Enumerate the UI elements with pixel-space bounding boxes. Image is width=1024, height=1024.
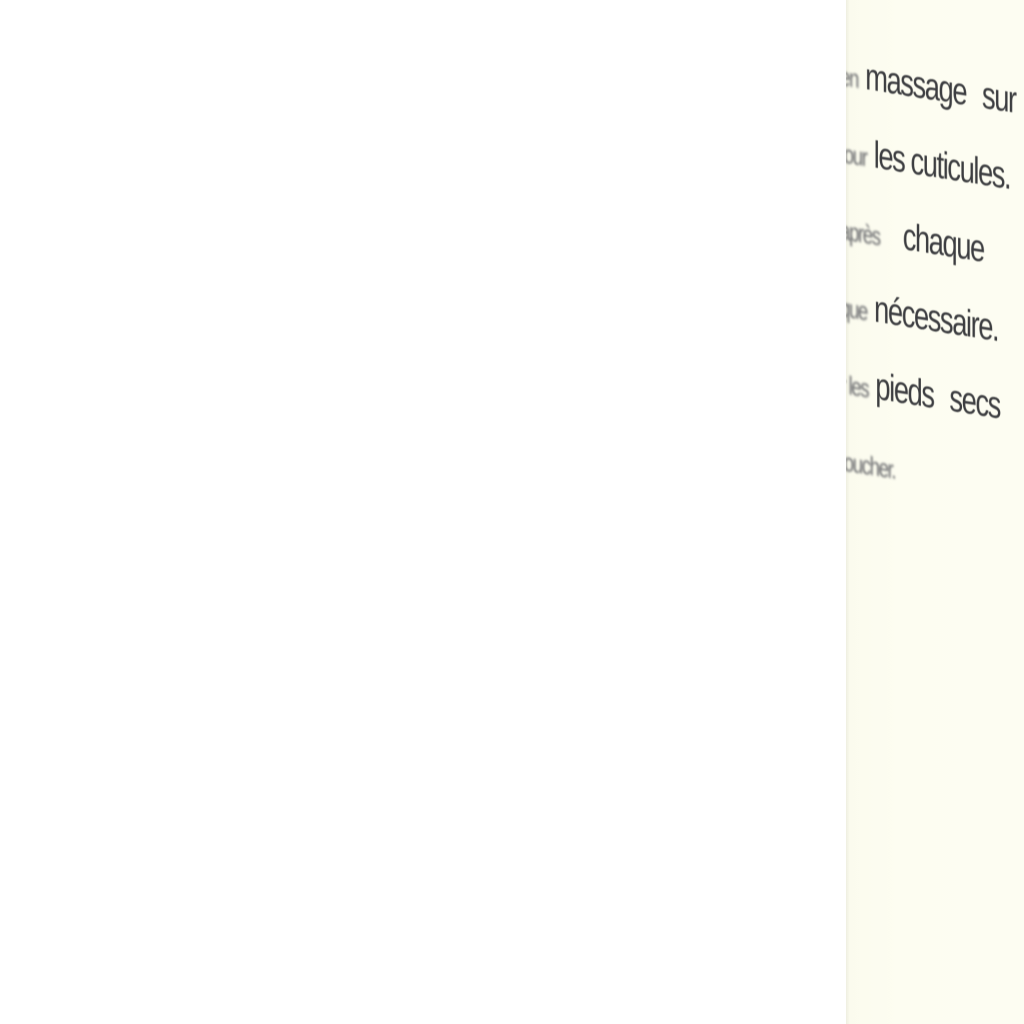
cut-off-fragment: toucher. — [846, 446, 895, 486]
label-instructions-text: enmassagesur tourles cuticules. aprèscha… — [846, 52, 1024, 552]
cut-off-fragment: après — [846, 215, 880, 252]
label-word: sur — [982, 74, 1016, 122]
cut-off-fragment: que — [846, 292, 867, 327]
label-word: massage — [865, 56, 966, 115]
product-label: enmassagesur tourles cuticules. aprèscha… — [846, 0, 1024, 1024]
label-word: pieds — [875, 366, 933, 418]
photo-scene: enmassagesur tourles cuticules. aprèscha… — [0, 0, 1024, 1024]
cut-off-fragment: en — [846, 61, 858, 95]
cut-off-fragment: tour — [846, 138, 867, 173]
label-word: secs — [949, 377, 1000, 428]
cut-off-fragment: r les — [846, 369, 868, 404]
